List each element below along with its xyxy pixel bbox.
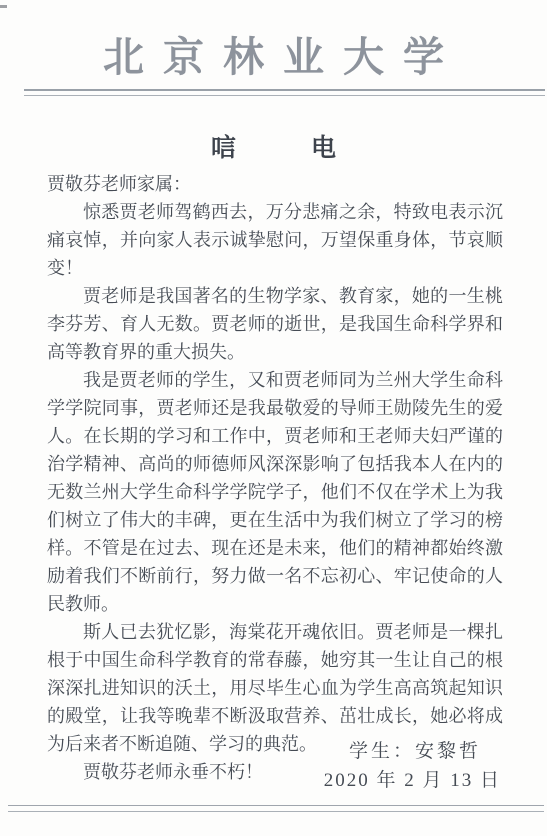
condolence-letter-page: 北京林业大学 唁 电 贾敬芬老师家属： 惊悉贾老师驾鹤西去，万分悲痛之余，特致电…: [0, 0, 547, 836]
letter-body: 贾敬芬老师家属： 惊悉贾老师驾鹤西去，万分悲痛之余，特致电表示沉痛哀悼，并向家人…: [47, 170, 503, 786]
paragraph-biography: 贾老师是我国著名的生物学家、教育家，她的一生桃李芬芳、育人无数。贾老师的逝世，是…: [47, 282, 503, 366]
scan-artifact-mark: [0, 5, 7, 8]
letterhead-rule-thick: [24, 89, 545, 91]
signature-line: 学生：安黎哲: [349, 736, 481, 763]
recipient-line: 贾敬芬老师家属：: [47, 170, 503, 198]
paragraph-condolence: 惊悉贾老师驾鹤西去，万分悲痛之余，特致电表示沉痛哀悼，并向家人表示诚挚慰问，万望…: [47, 198, 503, 282]
paragraph-relationship: 我是贾老师的学生，又和贾老师同为兰州大学生命科学学院同事，贾老师还是我最敬爱的导…: [47, 366, 503, 618]
date-line: 2020 年 2 月 13 日: [324, 765, 501, 792]
footer-rule-lower: [8, 811, 544, 812]
university-letterhead: 北京林业大学: [0, 24, 547, 83]
letterhead-rule-thin: [24, 95, 545, 96]
footer-rule-upper: [8, 805, 544, 806]
page-title: 唁 电: [0, 128, 547, 164]
